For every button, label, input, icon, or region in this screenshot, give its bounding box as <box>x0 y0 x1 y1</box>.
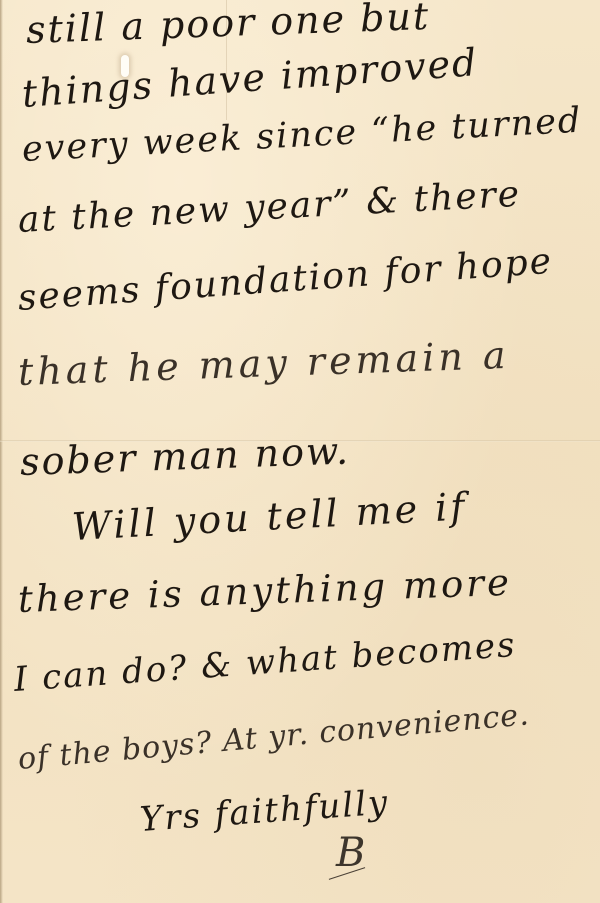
letter-line-4: at the new year” & there <box>17 174 522 241</box>
letter-line-1: still a poor one but <box>25 0 431 52</box>
letter-line-8: Will you tell me if <box>71 484 469 549</box>
letter-line-3: every week since “he turned <box>21 101 583 170</box>
letter-line-11: of the boys? At yr. convenience. <box>16 697 530 777</box>
letter-line-2: things have improved <box>20 40 479 116</box>
letter-line-5: seems foundation for hope <box>17 241 555 319</box>
letter-line-6: that he may remain a <box>17 333 510 394</box>
letter-line-7: sober man now. <box>19 428 350 483</box>
letter-line-9: there is anything more <box>17 561 512 621</box>
letter-line-10: I can do? & what becomes <box>13 625 518 700</box>
letter-page: still a poor one but things have improve… <box>0 0 600 903</box>
paper-edge <box>0 0 3 903</box>
